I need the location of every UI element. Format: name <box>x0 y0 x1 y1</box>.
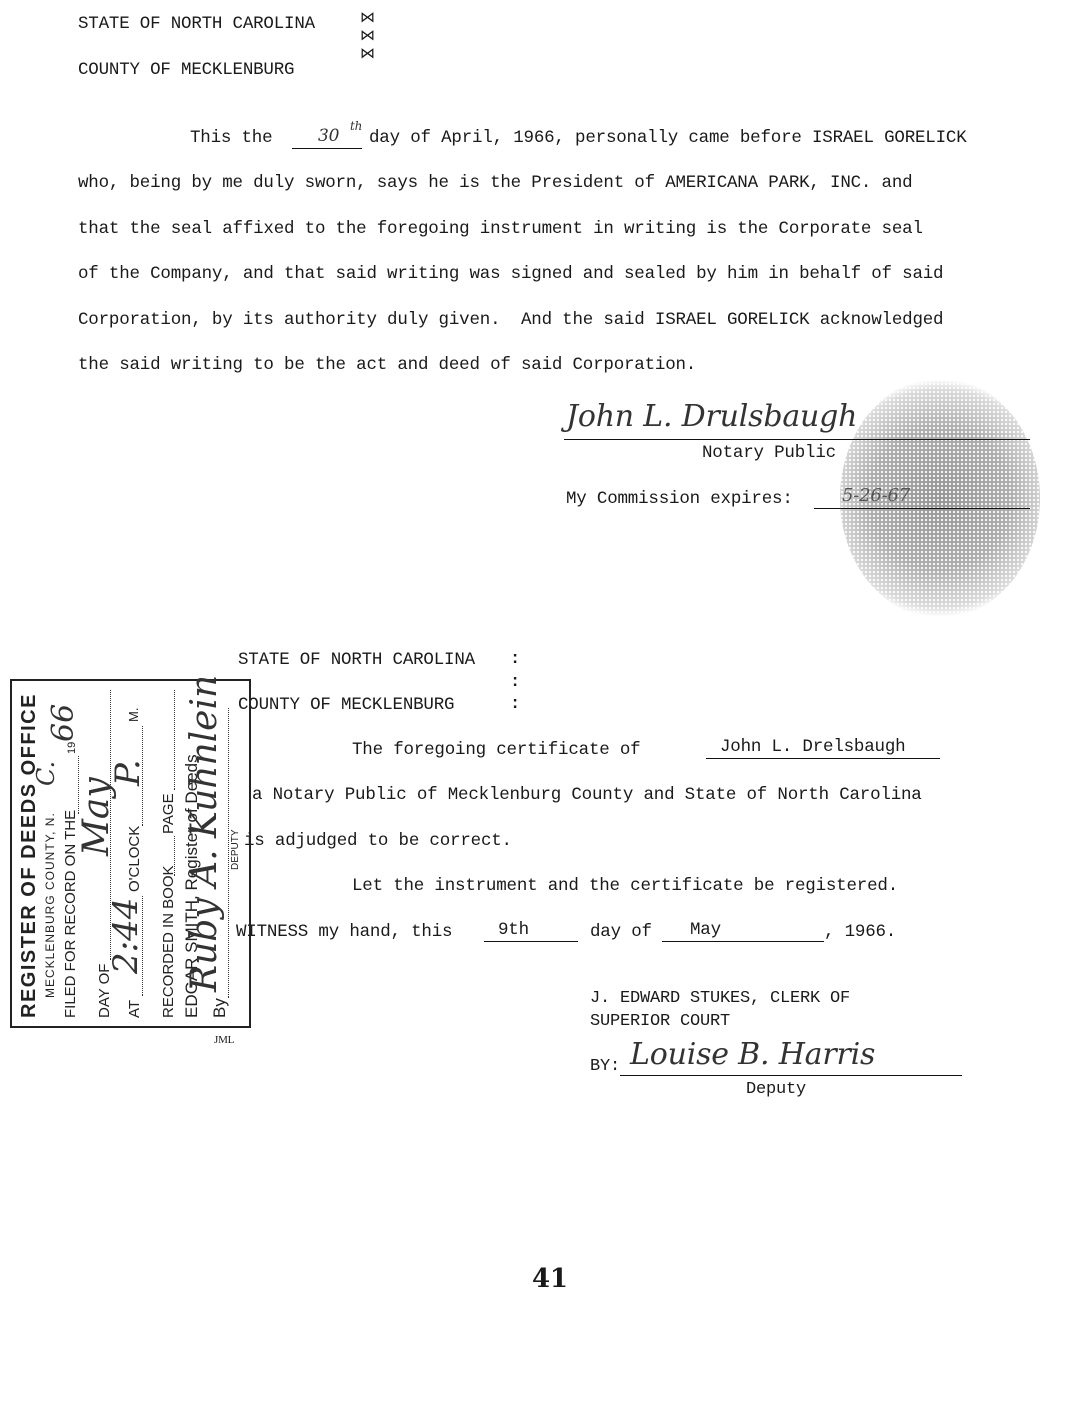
deputy-label: Deputy <box>746 1080 806 1100</box>
stamp-deputy-label: DEPUTY <box>230 829 241 870</box>
state-heading: STATE OF NORTH CAROLINA <box>78 14 315 34</box>
stamp-time-handwritten: 2:44 <box>106 898 146 974</box>
ack-line5: Corporation, by its authority duly given… <box>78 310 943 330</box>
witness-day: 9th <box>498 920 529 940</box>
by-label: BY: <box>590 1057 620 1077</box>
stamp-county: MECKLENBURG COUNTY, N. <box>43 812 57 998</box>
cert-notary-name: John L. Drelsbaugh <box>720 737 905 757</box>
stamp-page-label: PAGE <box>160 793 177 834</box>
stamp-state-handwritten: C. <box>32 761 60 786</box>
colon-divider: : <box>510 650 520 669</box>
ack-line3: that the seal affixed to the foregoing i… <box>78 219 923 239</box>
ack-line4: of the Company, and that said writing wa… <box>78 264 943 284</box>
ack-line6: the said writing to be the act and deed … <box>78 355 696 375</box>
notary-title: Notary Public <box>702 443 836 463</box>
stamp-oclock-label: O'CLOCK <box>126 826 143 892</box>
notary-signature-line <box>564 439 1030 440</box>
page-number: 41 <box>532 1264 568 1294</box>
stamp-recorded-label: RECORDED IN BOOK <box>160 865 177 1018</box>
clerk-line2: SUPERIOR COURT <box>590 1012 730 1032</box>
cert-line3: is adjudged to be correct. <box>244 831 512 851</box>
ack-line1-prefix: This the <box>190 128 272 148</box>
stamp-m-label: M. <box>126 708 141 722</box>
ack-day-handwritten: 30 <box>318 126 339 146</box>
dotted-line <box>228 708 229 998</box>
stamp-initials: JML <box>214 1030 234 1050</box>
cert-notary-underline <box>706 758 940 759</box>
colon-divider: : <box>510 673 520 692</box>
witness-day-underline <box>484 941 578 942</box>
witness-month: May <box>690 920 721 940</box>
witness-month-underline <box>662 941 824 942</box>
dotted-line <box>174 836 175 876</box>
colon-divider: : <box>510 695 520 714</box>
stamp-deputy-signature: Ruby A. Kuhnlein <box>184 675 225 992</box>
witness-prefix: WITNESS my hand, this <box>236 922 452 942</box>
deputy-signature-line <box>620 1075 962 1076</box>
ack-line1-suffix: day of April, 1966, personally came befo… <box>369 128 967 148</box>
stamp-month-handwritten: May <box>76 777 117 856</box>
witness-year: , 1966. <box>824 922 896 942</box>
stamp-year-handwritten: 66 <box>46 704 81 742</box>
deputy-signature: Louise B. Harris <box>630 1038 875 1072</box>
stamp-by-label: By <box>210 998 230 1018</box>
stamp-ampm-handwritten: P. <box>108 759 148 786</box>
ack-day-underline <box>292 148 362 149</box>
clerk-line1: J. EDWARD STUKES, CLERK OF <box>590 989 850 1009</box>
commission-underline <box>814 508 1030 509</box>
register-of-deeds-stamp: REGISTER OF DEEDS OFFICE MECKLENBURG COU… <box>10 679 251 1028</box>
stamp-at-label: AT <box>126 1000 143 1018</box>
stamp-title: REGISTER OF DEEDS OFFICE <box>18 693 41 1018</box>
cert-line1-prefix: The foregoing certificate of <box>352 740 640 760</box>
commission-label: My Commission expires: <box>566 489 793 509</box>
county-heading: COUNTY OF MECKLENBURG <box>78 60 294 80</box>
ack-line2: who, being by me duly sworn, says he is … <box>78 173 912 193</box>
cert-county-heading: COUNTY OF MECKLENBURG <box>238 695 454 715</box>
ack-day-suffix: th <box>350 116 362 136</box>
cert-line2: a Notary Public of Mecklenburg County an… <box>252 785 922 805</box>
witness-mid: day of <box>590 922 652 942</box>
notary-signature: John L. Drulsbaugh <box>566 400 857 434</box>
cert-state-heading: STATE OF NORTH CAROLINA <box>238 650 475 670</box>
commission-value: 5-26-67 <box>842 486 910 506</box>
stamp-year-prefix: 19 <box>66 742 78 754</box>
brace-divider: ⋈⋈⋈ <box>360 10 375 64</box>
dotted-line <box>174 690 175 790</box>
cert-line4: Let the instrument and the certificate b… <box>352 876 898 896</box>
